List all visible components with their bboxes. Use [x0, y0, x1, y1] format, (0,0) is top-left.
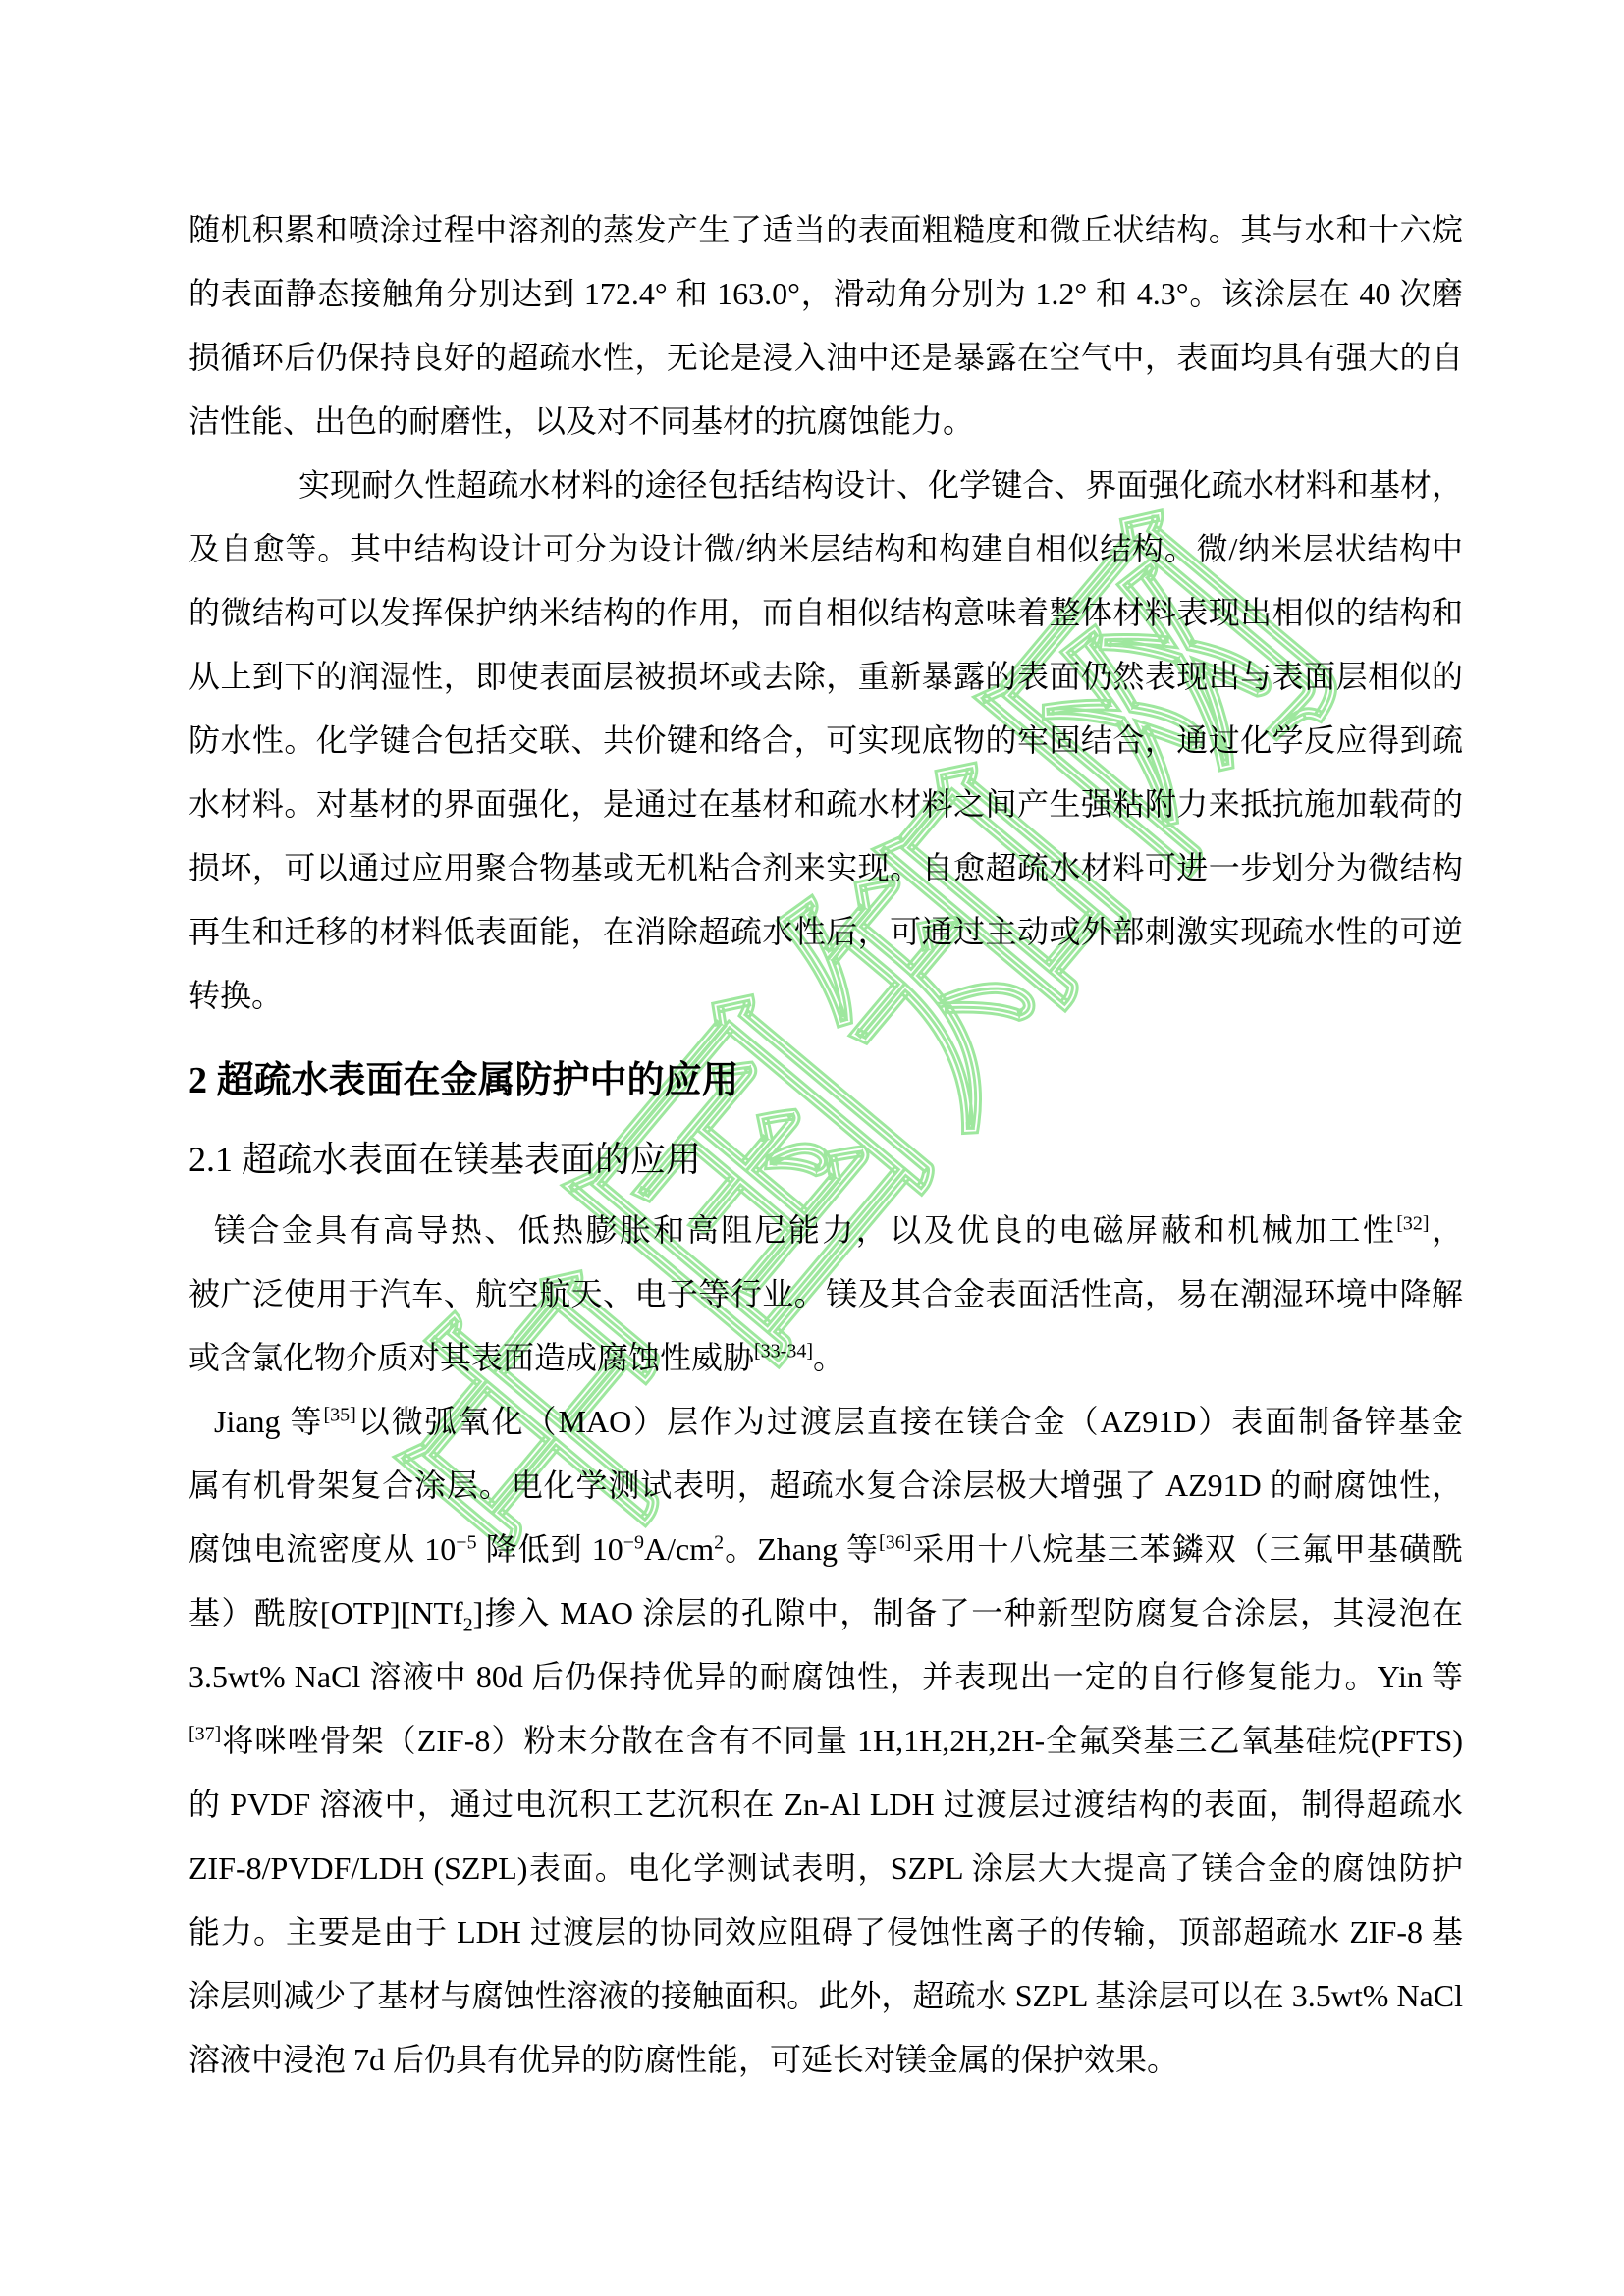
text-segment: 溶液中浸泡 7d 后仍具有优异的防腐性能，可延长对镁金属的保护效果。: [189, 2042, 1178, 2077]
document-page: 中国知网 随机积累和喷涂过程中溶剂的蒸发产生了适当的表面粗糙度和微丘状结构。其与…: [0, 0, 1624, 2296]
document-text-block: 随机积累和喷涂过程中溶剂的蒸发产生了适当的表面粗糙度和微丘状结构。其与水和十六烷…: [189, 198, 1463, 2092]
text-segment: 转换。: [189, 978, 283, 1013]
text-segment: 2 超疏水表面在金属防护中的应用: [189, 1060, 739, 1101]
text-segment: 。: [813, 1340, 844, 1375]
text-segment: ]掺入 MAO 涂层的孔隙中，制备了一种新型防腐复合涂层，其浸泡在: [473, 1595, 1463, 1630]
text-line: 涂层则减少了基材与腐蚀性溶液的接触面积。此外，超疏水 SZPL 基涂层可以在 3…: [189, 1964, 1463, 2028]
text-segment: 属有机骨架复合涂层。电化学测试表明，超疏水复合涂层极大增强了 AZ91D 的耐腐…: [189, 1468, 1463, 1503]
text-segment: 。Zhang 等: [724, 1531, 879, 1567]
text-line: 腐蚀电流密度从 10−5 降低到 10−9A/cm2。Zhang 等[36]采用…: [189, 1518, 1463, 1581]
text-line: ZIF-8/PVDF/LDH (SZPL)表面。电化学测试表明，SZPL 涂层大…: [189, 1837, 1463, 1900]
text-segment: 随机积累和喷涂过程中溶剂的蒸发产生了适当的表面粗糙度和微丘状结构。其与水和十六烷: [189, 212, 1463, 247]
superscript-text: 2: [714, 1531, 724, 1553]
superscript-text: −5: [456, 1531, 476, 1553]
text-segment: 或含氯化物介质对其表面造成腐蚀性威胁: [189, 1340, 754, 1375]
text-line: 3.5wt% NaCl 溶液中 80d 后仍保持优异的耐腐蚀性，并表现出一定的自…: [189, 1645, 1463, 1709]
text-line: 转换。: [189, 964, 1463, 1028]
text-segment: ZIF-8/PVDF/LDH (SZPL)表面。电化学测试表明，SZPL 涂层大…: [189, 1850, 1463, 1886]
text-line: 洁性能、出色的耐磨性，以及对不同基材的抗腐蚀能力。: [189, 390, 1463, 454]
text-line: 损循环后仍保持良好的超疏水性，无论是浸入油中还是暴露在空气中，表面均具有强大的自: [189, 326, 1463, 390]
text-line: [37]将咪唑骨架（ZIF-8）粉末分散在含有不同量 1H,1H,2H,2H-全…: [189, 1709, 1463, 1773]
superscript-text: [35]: [323, 1404, 355, 1425]
text-line: 镁合金具有高导热、低热膨胀和高阻尼能力，以及优良的电磁屏蔽和机械加工性[32]，: [189, 1199, 1463, 1262]
text-segment: 被广泛使用于汽车、航空航天、电子等行业。镁及其合金表面活性高，易在潮湿环境中降解: [189, 1276, 1463, 1311]
text-segment: 镁合金具有高导热、低热膨胀和高阻尼能力，以及优良的电磁屏蔽和机械加工性: [214, 1212, 1396, 1248]
text-line: 从上到下的润湿性，即使表面层被损坏或去除，重新暴露的表面仍然表现出与表面层相似的: [189, 645, 1463, 709]
text-line: Jiang 等[35]以微弧氧化（MAO）层作为过渡层直接在镁合金（AZ91D）…: [189, 1390, 1463, 1454]
text-line: 水材料。对基材的界面强化，是通过在基材和疏水材料之间产生强粘附力来抵抗施加载荷的: [189, 773, 1463, 836]
section-heading: 2 超疏水表面在金属防护中的应用: [189, 1041, 1463, 1120]
text-segment: 基）酰胺[OTP][NTf: [189, 1595, 463, 1630]
text-segment: 腐蚀电流密度从 10: [189, 1531, 456, 1567]
text-segment: 降低到 10: [477, 1531, 623, 1567]
text-segment: 损循环后仍保持良好的超疏水性，无论是浸入油中还是暴露在空气中，表面均具有强大的自: [189, 340, 1463, 375]
text-line: 或含氯化物介质对其表面造成腐蚀性威胁[33-34]。: [189, 1326, 1463, 1390]
text-segment: 涂层则减少了基材与腐蚀性溶液的接触面积。此外，超疏水 SZPL 基涂层可以在 3…: [189, 1978, 1463, 2013]
text-segment: 能力。主要是由于 LDH 过渡层的协同效应阻碍了侵蚀性离子的传输，顶部超疏水 Z…: [189, 1914, 1463, 1949]
text-segment: 2.1 超疏水表面在镁基表面的应用: [189, 1140, 701, 1179]
text-segment: 再生和迁移的材料低表面能，在消除超疏水性后，可通过主动或外部刺激实现疏水性的可逆: [189, 914, 1463, 949]
text-line: 损坏，可以通过应用聚合物基或无机粘合剂来实现。自愈超疏水材料可进一步划分为微结构: [189, 836, 1463, 900]
text-segment: 将咪唑骨架（ZIF-8）粉末分散在含有不同量 1H,1H,2H,2H-全氟癸基三…: [221, 1723, 1463, 1758]
text-segment: 水材料。对基材的界面强化，是通过在基材和疏水材料之间产生强粘附力来抵抗施加载荷的: [189, 786, 1463, 822]
text-line: 实现耐久性超疏水材料的途径包括结构设计、化学键合、界面强化疏水材料和基材，以: [189, 454, 1463, 517]
text-line: 属有机骨架复合涂层。电化学测试表明，超疏水复合涂层极大增强了 AZ91D 的耐腐…: [189, 1454, 1463, 1518]
text-line: 及自愈等。其中结构设计可分为设计微/纳米层结构和构建自相似结构。微/纳米层状结构…: [189, 517, 1463, 581]
superscript-text: [32]: [1396, 1212, 1429, 1234]
subsection-heading: 2.1 超疏水表面在镁基表面的应用: [189, 1120, 1463, 1199]
superscript-text: −9: [623, 1531, 644, 1553]
text-segment: 的微结构可以发挥保护纳米结构的作用，而自相似结构意味着整体材料表现出相似的结构和: [189, 595, 1463, 630]
text-line: 基）酰胺[OTP][NTf2]掺入 MAO 涂层的孔隙中，制备了一种新型防腐复合…: [189, 1581, 1463, 1645]
text-segment: ，: [1430, 1212, 1463, 1248]
text-line: 的表面静态接触角分别达到 172.4° 和 163.0°，滑动角分别为 1.2°…: [189, 262, 1463, 326]
text-line: 的 PVDF 溶液中，通过电沉积工艺沉积在 Zn-Al LDH 过渡层过渡结构的…: [189, 1773, 1463, 1837]
text-line: 被广泛使用于汽车、航空航天、电子等行业。镁及其合金表面活性高，易在潮湿环境中降解: [189, 1262, 1463, 1326]
text-line: 随机积累和喷涂过程中溶剂的蒸发产生了适当的表面粗糙度和微丘状结构。其与水和十六烷: [189, 198, 1463, 262]
text-line: 的微结构可以发挥保护纳米结构的作用，而自相似结构意味着整体材料表现出相似的结构和: [189, 581, 1463, 645]
text-segment: A/cm: [644, 1531, 714, 1567]
text-segment: 以微弧氧化（MAO）层作为过渡层直接在镁合金（AZ91D）表面制备锌基金: [356, 1404, 1463, 1439]
text-line: 再生和迁移的材料低表面能，在消除超疏水性后，可通过主动或外部刺激实现疏水性的可逆: [189, 900, 1463, 964]
text-segment: 实现耐久性超疏水材料的途径包括结构设计、化学键合、界面强化疏水材料和基材，以: [189, 467, 1463, 517]
text-segment: 3.5wt% NaCl 溶液中 80d 后仍保持优异的耐腐蚀性，并表现出一定的自…: [189, 1659, 1463, 1694]
superscript-text: [36]: [879, 1531, 911, 1553]
text-segment: 损坏，可以通过应用聚合物基或无机粘合剂来实现。自愈超疏水材料可进一步划分为微结构: [189, 850, 1463, 885]
superscript-text: [33-34]: [754, 1340, 813, 1362]
text-segment: 的表面静态接触角分别达到 172.4° 和 163.0°，滑动角分别为 1.2°…: [189, 276, 1463, 311]
text-segment: 的 PVDF 溶液中，通过电沉积工艺沉积在 Zn-Al LDH 过渡层过渡结构的…: [189, 1787, 1463, 1822]
text-line: 溶液中浸泡 7d 后仍具有优异的防腐性能，可延长对镁金属的保护效果。: [189, 2028, 1463, 2092]
text-segment: Jiang 等: [214, 1404, 323, 1439]
text-segment: 从上到下的润湿性，即使表面层被损坏或去除，重新暴露的表面仍然表现出与表面层相似的: [189, 659, 1463, 694]
superscript-text: [37]: [189, 1723, 221, 1744]
text-segment: 洁性能、出色的耐磨性，以及对不同基材的抗腐蚀能力。: [189, 403, 974, 439]
subscript-text: 2: [463, 1614, 473, 1635]
text-line: 能力。主要是由于 LDH 过渡层的协同效应阻碍了侵蚀性离子的传输，顶部超疏水 Z…: [189, 1900, 1463, 1964]
text-segment: 及自愈等。其中结构设计可分为设计微/纳米层结构和构建自相似结构。微/纳米层状结构…: [189, 531, 1463, 566]
text-segment: 采用十八烷基三苯鏻双（三氟甲基磺酰: [911, 1531, 1463, 1567]
text-segment: 防水性。化学键合包括交联、共价键和络合，可实现底物的牢固结合，通过化学反应得到疏: [189, 722, 1463, 758]
text-line: 防水性。化学键合包括交联、共价键和络合，可实现底物的牢固结合，通过化学反应得到疏: [189, 709, 1463, 773]
